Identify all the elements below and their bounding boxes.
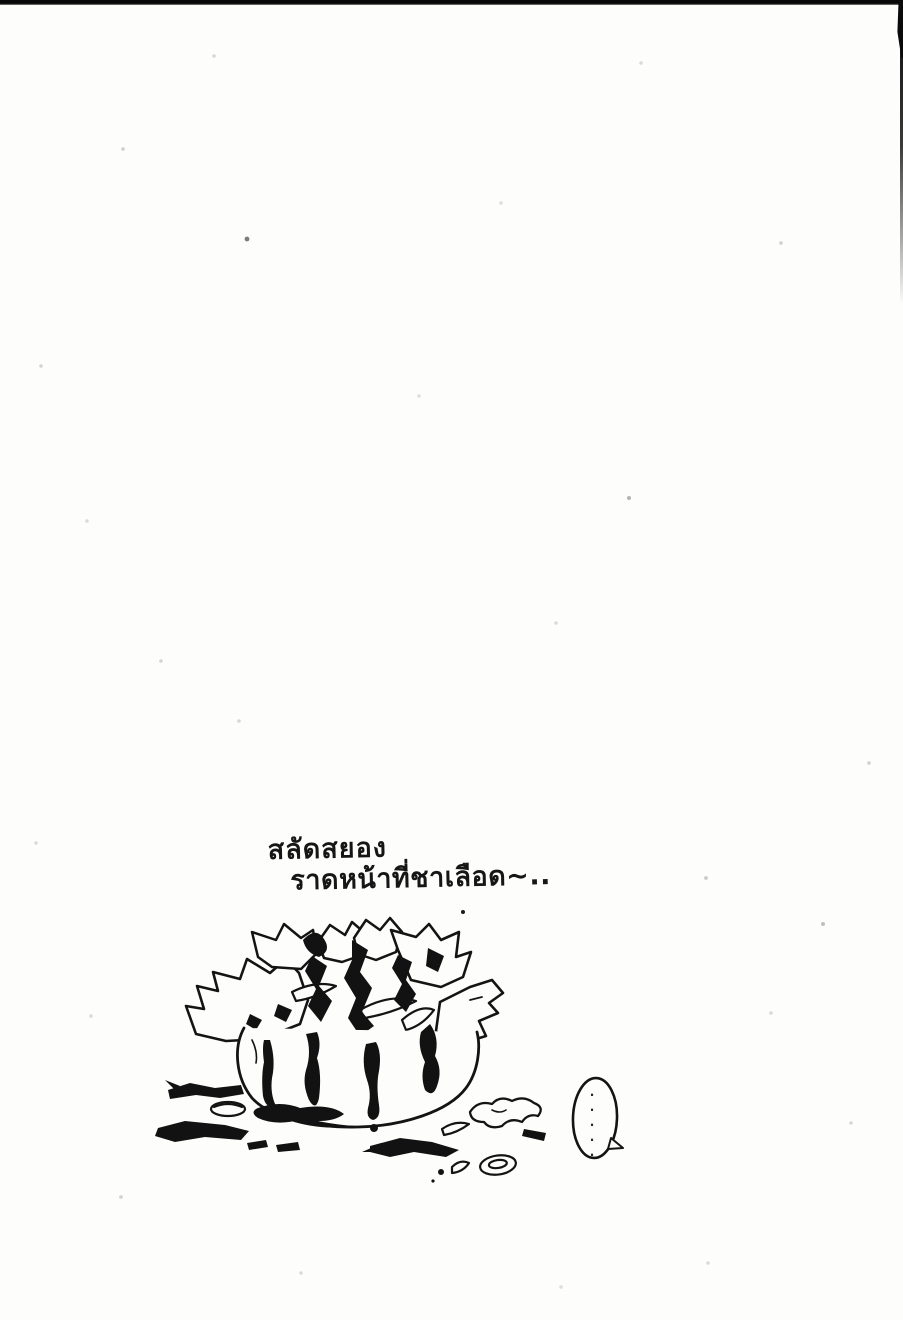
salad-illustration — [140, 900, 590, 1210]
caption: สลัดสยอง ราดหน้าที่ชาเลือด~.. — [267, 831, 551, 897]
fallen-leaf — [470, 1098, 541, 1127]
manga-page: สลัดสยอง ราดหน้าที่ชาเลือด~.. — [0, 0, 903, 1320]
scan-noise-specks — [0, 0, 2, 2]
caption-line-2: ราดหน้าที่ชาเลือด~.. — [290, 862, 551, 896]
scan-edge-top — [0, 0, 903, 5]
speech-bubble-ellipsis: ····· — [586, 1088, 598, 1150]
